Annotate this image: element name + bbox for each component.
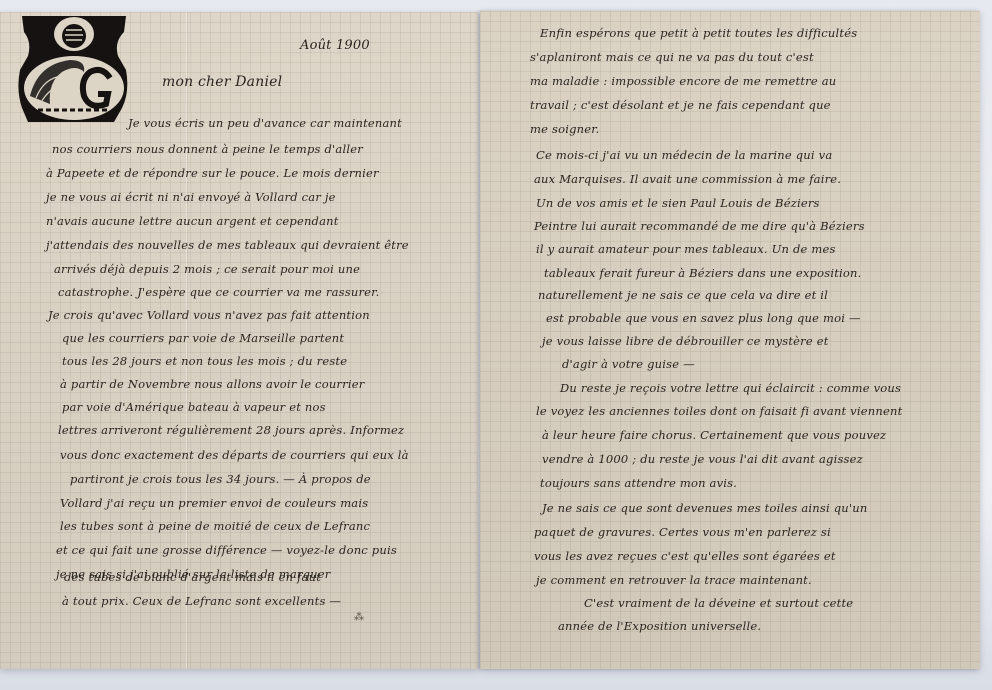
letter-line: Peintre lui aurait recommandé de me dire… <box>534 219 865 233</box>
letter-line: Je crois qu'avec Vollard vous n'avez pas… <box>48 308 370 322</box>
letter-line: ma maladie : impossible encore de me rem… <box>530 74 836 88</box>
letter-line: catastrophe. J'espère que ce courrier va… <box>58 285 379 299</box>
letter-line: je ne vous ai écrit ni n'ai envoyé à Vol… <box>46 190 336 204</box>
letter-line: me soigner. <box>530 122 600 136</box>
letter-line: paquet de gravures. Certes vous m'en par… <box>534 525 831 539</box>
letter-line: Du reste je reçois votre lettre qui écla… <box>560 381 901 395</box>
letter-date: Août 1900 <box>300 38 370 53</box>
letter-line: n'avais aucune lettre aucun argent et ce… <box>46 214 339 228</box>
letter-line: à tout prix. Ceux de Lefranc sont excell… <box>62 594 341 608</box>
letter-line: vendre à 1000 ; du reste je vous l'ai di… <box>542 452 863 466</box>
letter-line: partiront je crois tous les 34 jours. — … <box>70 472 371 486</box>
letter-line: travail ; c'est désolant et je ne fais c… <box>530 98 831 112</box>
letter-line: tous les 28 jours et non tous les mois ;… <box>62 354 347 368</box>
letter-line: des tubes de blanc d'argent mais il en f… <box>64 570 321 584</box>
letter-line: aux Marquises. Il avait une commission à… <box>534 172 841 186</box>
letter-line: à Papeete et de répondre sur le pouce. L… <box>46 166 379 180</box>
letter-line: d'agir à votre guise — <box>562 357 695 371</box>
letter-salutation: mon cher Daniel <box>162 74 282 90</box>
letter-line: par voie d'Amérique bateau à vapeur et n… <box>62 400 326 414</box>
ink-mark: ⁂ <box>354 612 364 623</box>
letter-line: à partir de Novembre nous allons avoir l… <box>60 377 364 391</box>
letter-line: je vous laisse libre de débrouiller ce m… <box>542 334 829 348</box>
letter-line: que les courriers par voie de Marseille … <box>62 331 344 345</box>
letter-line: C'est vraiment de la déveine et surtout … <box>584 596 853 610</box>
letter-line: Enfin espérons que petit à petit toutes … <box>540 26 857 40</box>
letter-line: et ce qui fait une grosse différence — v… <box>56 543 397 557</box>
letter-line: année de l'Exposition universelle. <box>558 619 761 633</box>
letter-line: les tubes sont à peine de moitié de ceux… <box>60 519 370 533</box>
letter-line: à leur heure faire chorus. Certainement … <box>542 428 886 442</box>
letter-line: est probable que vous en savez plus long… <box>546 311 861 325</box>
letter-line: le voyez les anciennes toiles dont on fa… <box>536 404 902 418</box>
letter-line: s'aplaniront mais ce qui ne va pas du to… <box>530 50 814 64</box>
letter-line: Je vous écris un peu d'avance car mainte… <box>128 116 402 130</box>
letterhead-emblem-icon <box>14 12 132 126</box>
letter-line: Ce mois-ci j'ai vu un médecin de la mari… <box>536 148 832 162</box>
letter-line: tableaux ferait fureur à Béziers dans un… <box>544 266 861 280</box>
letter-line: nos courriers nous donnent à peine le te… <box>52 142 363 156</box>
letter-line: toujours sans attendre mon avis. <box>540 476 737 490</box>
letter-line: Je ne sais ce que sont devenues mes toil… <box>542 501 867 515</box>
letter-line: j'attendais des nouvelles de mes tableau… <box>46 238 409 252</box>
letter-line: Vollard j'ai reçu un premier envoi de co… <box>60 496 368 510</box>
letter-line: arrivés déjà depuis 2 mois ; ce serait p… <box>54 262 360 276</box>
letter-line: vous les avez reçues c'est qu'elles sont… <box>534 549 836 563</box>
letter-line: je comment en retrouver la trace mainten… <box>536 573 812 587</box>
letter-line: lettres arriveront régulièrement 28 jour… <box>58 423 404 437</box>
letter-line: vous donc exactement des départs de cour… <box>60 448 409 462</box>
letter-line: il y aurait amateur pour mes tableaux. U… <box>536 242 836 256</box>
letter-line: naturellement je ne sais ce que cela va … <box>538 288 828 302</box>
letter-line: Un de vos amis et le sien Paul Louis de … <box>536 196 820 210</box>
